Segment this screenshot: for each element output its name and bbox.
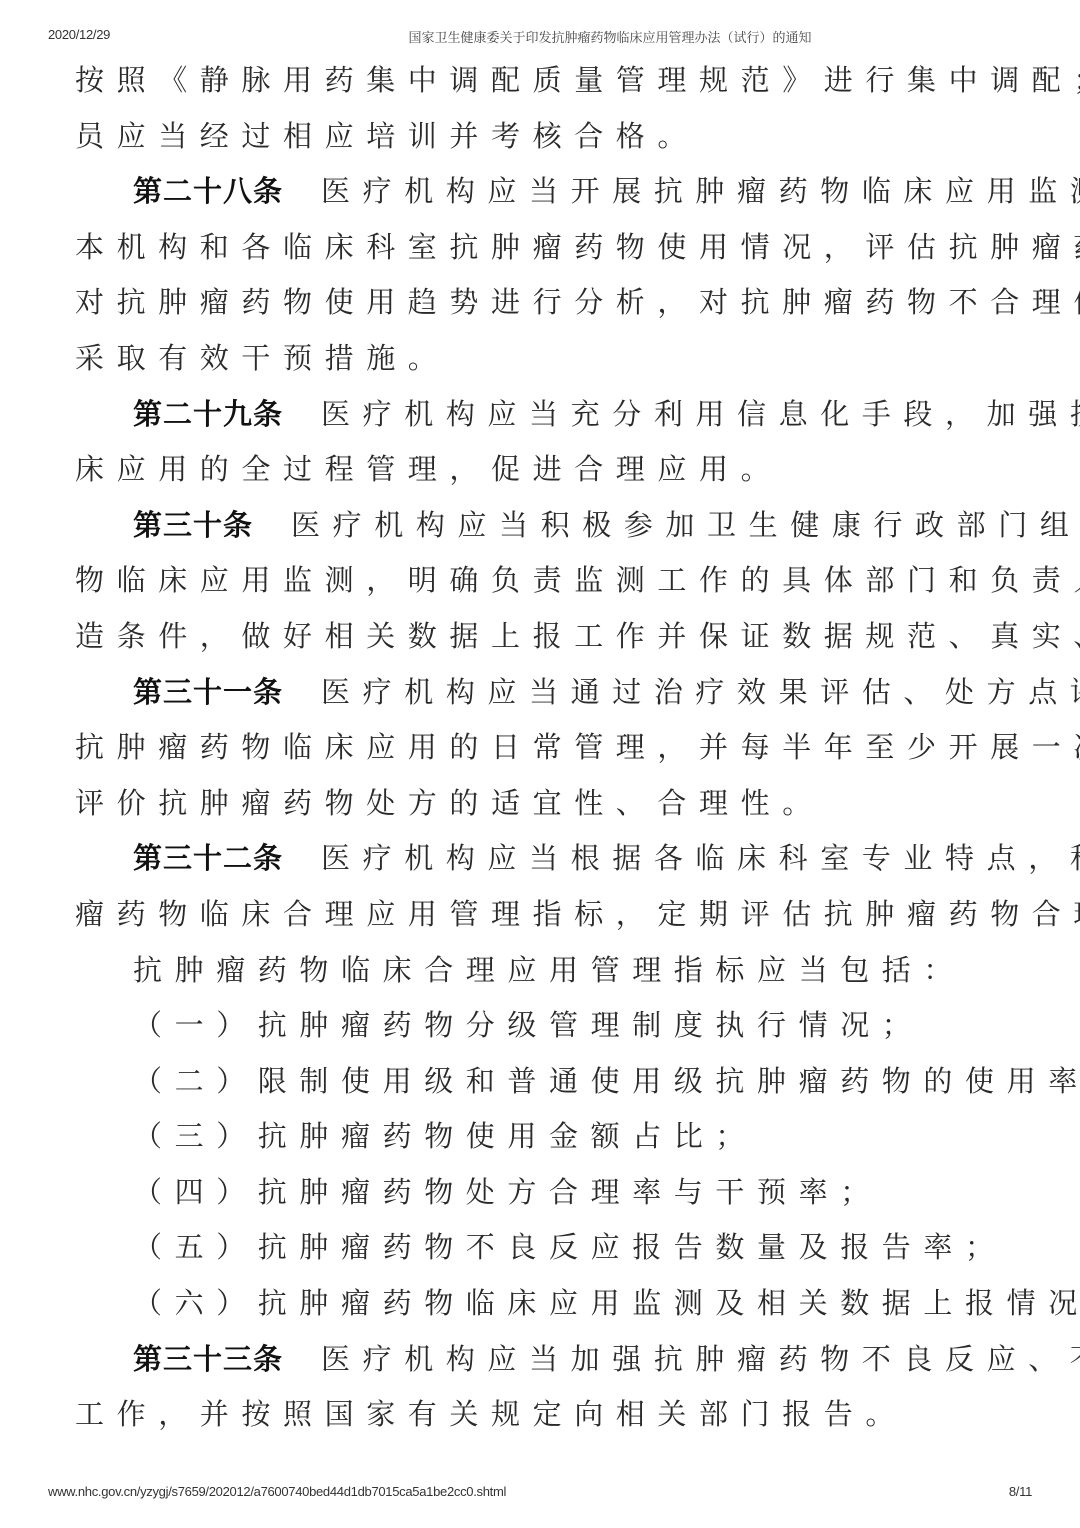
page-number: 8/11 [1009,1484,1032,1499]
text-line: 抗肿瘤药物临床应用的日常管理，并每半年至少开展一次专项处方点评， [75,725,1020,781]
article-text: 医疗机构应当开展抗肿瘤药物临床应用监测工作，分析 [321,174,1080,208]
text-line: 造条件，做好相关数据上报工作并保证数据规范、真实、可靠。 [75,614,1020,670]
article-text: 医疗机构应当通过治疗效果评估、处方点评等方式加强 [321,675,1080,709]
list-item: （三）抗肿瘤药物使用金额占比； [75,1114,1020,1170]
article-text: 医疗机构应当充分利用信息化手段，加强抗肿瘤药物临 [321,397,1080,431]
sub-intro: 抗肿瘤药物临床合理应用管理指标应当包括： [75,948,1020,1004]
article-32: 第三十二条医疗机构应当根据各临床科室专业特点，科学设定抗肿 [75,836,1020,892]
list-item: （五）抗肿瘤药物不良反应报告数量及报告率； [75,1225,1020,1281]
text-line: 瘤药物临床合理应用管理指标，定期评估抗肿瘤药物合理应用管理情况。 [75,892,1020,948]
text-line: 本机构和各临床科室抗肿瘤药物使用情况，评估抗肿瘤药物使用适宜性； [75,225,1020,281]
list-item: （一）抗肿瘤药物分级管理制度执行情况； [75,1003,1020,1059]
article-29: 第二十九条医疗机构应当充分利用信息化手段，加强抗肿瘤药物临 [75,392,1020,448]
article-number: 第三十条 [133,508,253,542]
document-body: 按照《静脉用药集中调配质量管理规范》进行集中调配；静脉用药调配人 员应当经过相应… [75,58,1020,1448]
text-line: 评价抗肿瘤药物处方的适宜性、合理性。 [75,781,1020,837]
page-url: www.nhc.gov.cn/yzygj/s7659/202012/a76007… [48,1484,506,1499]
list-item: （二）限制使用级和普通使用级抗肿瘤药物的使用率； [75,1059,1020,1115]
text-line: 员应当经过相应培训并考核合格。 [75,114,1020,170]
print-header: 2020/12/29 国家卫生健康委关于印发抗肿瘤药物临床应用管理办法（试行）的… [0,27,1080,45]
text-line: 床应用的全过程管理，促进合理应用。 [75,447,1020,503]
article-number: 第二十八条 [133,174,283,208]
text-line: 物临床应用监测，明确负责监测工作的具体部门和负责人，为监测工作创 [75,558,1020,614]
list-item: （四）抗肿瘤药物处方合理率与干预率； [75,1170,1020,1226]
article-number: 第二十九条 [133,397,283,431]
text-line: 按照《静脉用药集中调配质量管理规范》进行集中调配；静脉用药调配人 [75,58,1020,114]
article-text: 医疗机构应当积极参加卫生健康行政部门组织的抗肿瘤药 [291,508,1080,542]
text-line: 采取有效干预措施。 [75,336,1020,392]
document-title: 国家卫生健康委关于印发抗肿瘤药物临床应用管理办法（试行）的通知 [0,27,1080,46]
article-33: 第三十三条医疗机构应当加强抗肿瘤药物不良反应、不良事件监测 [75,1337,1020,1393]
article-number: 第三十三条 [133,1342,283,1376]
article-number: 第三十二条 [133,841,283,875]
article-30: 第三十条医疗机构应当积极参加卫生健康行政部门组织的抗肿瘤药 [75,503,1020,559]
text-line: 工作，并按照国家有关规定向相关部门报告。 [75,1392,1020,1448]
text-line: 对抗肿瘤药物使用趋势进行分析，对抗肿瘤药物不合理使用情况应当及时 [75,280,1020,336]
list-item: （六）抗肿瘤药物临床应用监测及相关数据上报情况。 [75,1281,1020,1337]
article-text: 医疗机构应当加强抗肿瘤药物不良反应、不良事件监测 [321,1342,1080,1376]
print-footer: www.nhc.gov.cn/yzygj/s7659/202012/a76007… [0,1484,1080,1502]
article-31: 第三十一条医疗机构应当通过治疗效果评估、处方点评等方式加强 [75,670,1020,726]
article-text: 医疗机构应当根据各临床科室专业特点，科学设定抗肿 [321,841,1080,875]
article-number: 第三十一条 [133,675,283,709]
article-28: 第二十八条医疗机构应当开展抗肿瘤药物临床应用监测工作，分析 [75,169,1020,225]
